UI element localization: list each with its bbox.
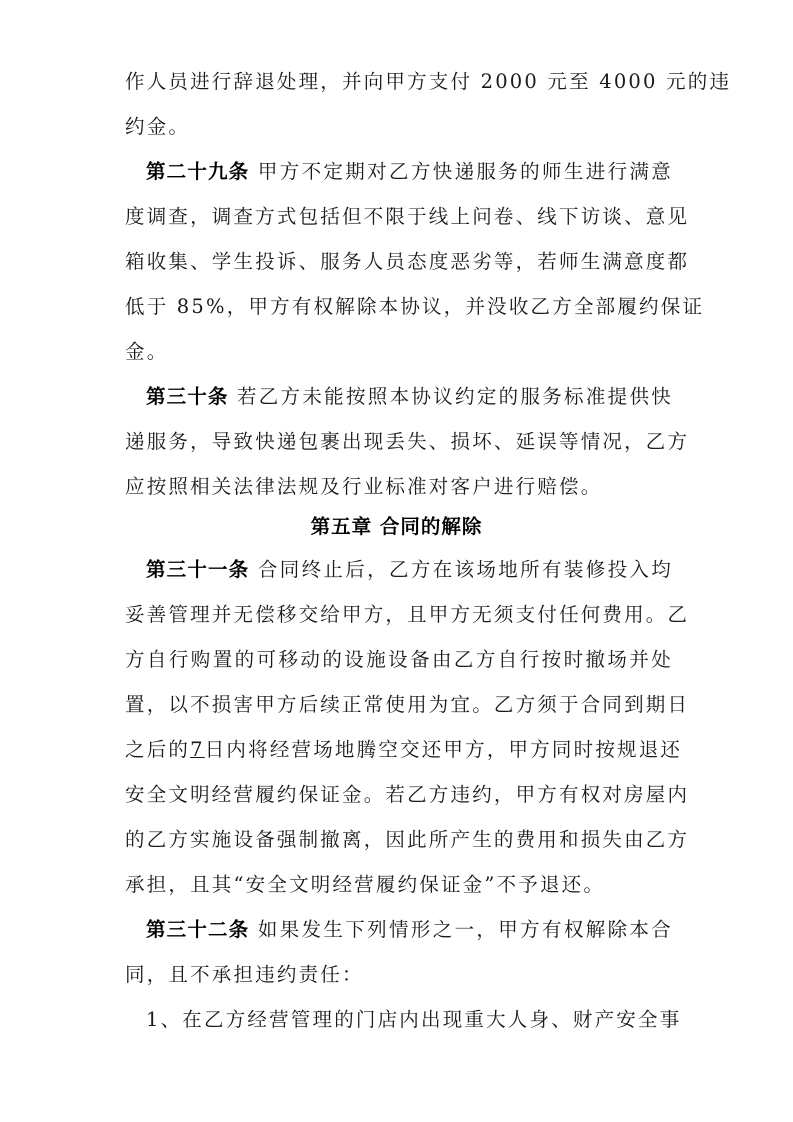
article-31-label: 第三十一条 (146, 558, 249, 581)
article-30-first-line: 第三十条 若乙方未能按照本协议约定的服务标准提供快 (146, 383, 673, 411)
article-31-first-line: 第三十一条 合同终止后，乙方在该场地所有装修投入均 (146, 556, 673, 584)
paragraph-line: 递服务，导致快递包裹出现丢失、损坏、延误等情况，乙方 (125, 428, 673, 456)
paragraph-line: 安全文明经营履约保证金。若乙方违约，甲方有权对房屋内 (125, 781, 673, 809)
paragraph-line: 约金。 (125, 113, 673, 141)
chapter-heading: 第五章 合同的解除 (0, 513, 793, 541)
paragraph-line: 应按照相关法律法规及行业标准对客户进行赔偿。 (125, 473, 673, 501)
article-29-first-line: 第二十九条 甲方不定期对乙方快递服务的师生进行满意 (146, 158, 673, 186)
paragraph-line: 低于 85%，甲方有权解除本协议，并没收乙方全部履约保证 (125, 293, 673, 321)
article-29-label: 第二十九条 (146, 160, 249, 183)
paragraph-line: 度调查，调查方式包括但不限于线上问卷、线下访谈、意见 (125, 203, 673, 231)
paragraph-line: 同，且不承担违约责任： (125, 961, 673, 989)
paragraph-line: 之后的7日内将经营场地腾空交还甲方，甲方同时按规退还 (125, 736, 673, 764)
paragraph-line: 的乙方实施设备强制撤离，因此所产生的费用和损失由乙方 (125, 826, 673, 854)
article-30-label: 第三十条 (146, 385, 228, 408)
article-32-first-line: 第三十二条 如果发生下列情形之一，甲方有权解除本合 (146, 916, 673, 944)
document-page: 作人员进行辞退处理，并向甲方支付 2000 元至 4000 元的违 约金。 第二… (0, 0, 793, 1122)
paragraph-line: 箱收集、学生投诉、服务人员态度恶劣等，若师生满意度都 (125, 248, 673, 276)
article-32-label: 第三十二条 (146, 918, 249, 941)
paragraph-line: 金。 (125, 338, 673, 366)
underlined-days-value: 7 (190, 738, 205, 761)
paragraph-line: 妥善管理并无偿移交给甲方，且甲方无须支付任何费用。乙 (125, 601, 673, 629)
paragraph-line: 承担，且其“安全文明经营履约保证金”不予退还。 (125, 871, 673, 899)
paragraph-line: 置，以不损害甲方后续正常使用为宜。乙方须于合同到期日 (125, 691, 673, 719)
paragraph-line: 作人员进行辞退处理，并向甲方支付 2000 元至 4000 元的违 (125, 68, 673, 96)
list-item-1-line: 1、在乙方经营管理的门店内出现重大人身、财产安全事 (146, 1006, 673, 1034)
paragraph-line: 方自行购置的可移动的设施设备由乙方自行按时撤场并处 (125, 646, 673, 674)
